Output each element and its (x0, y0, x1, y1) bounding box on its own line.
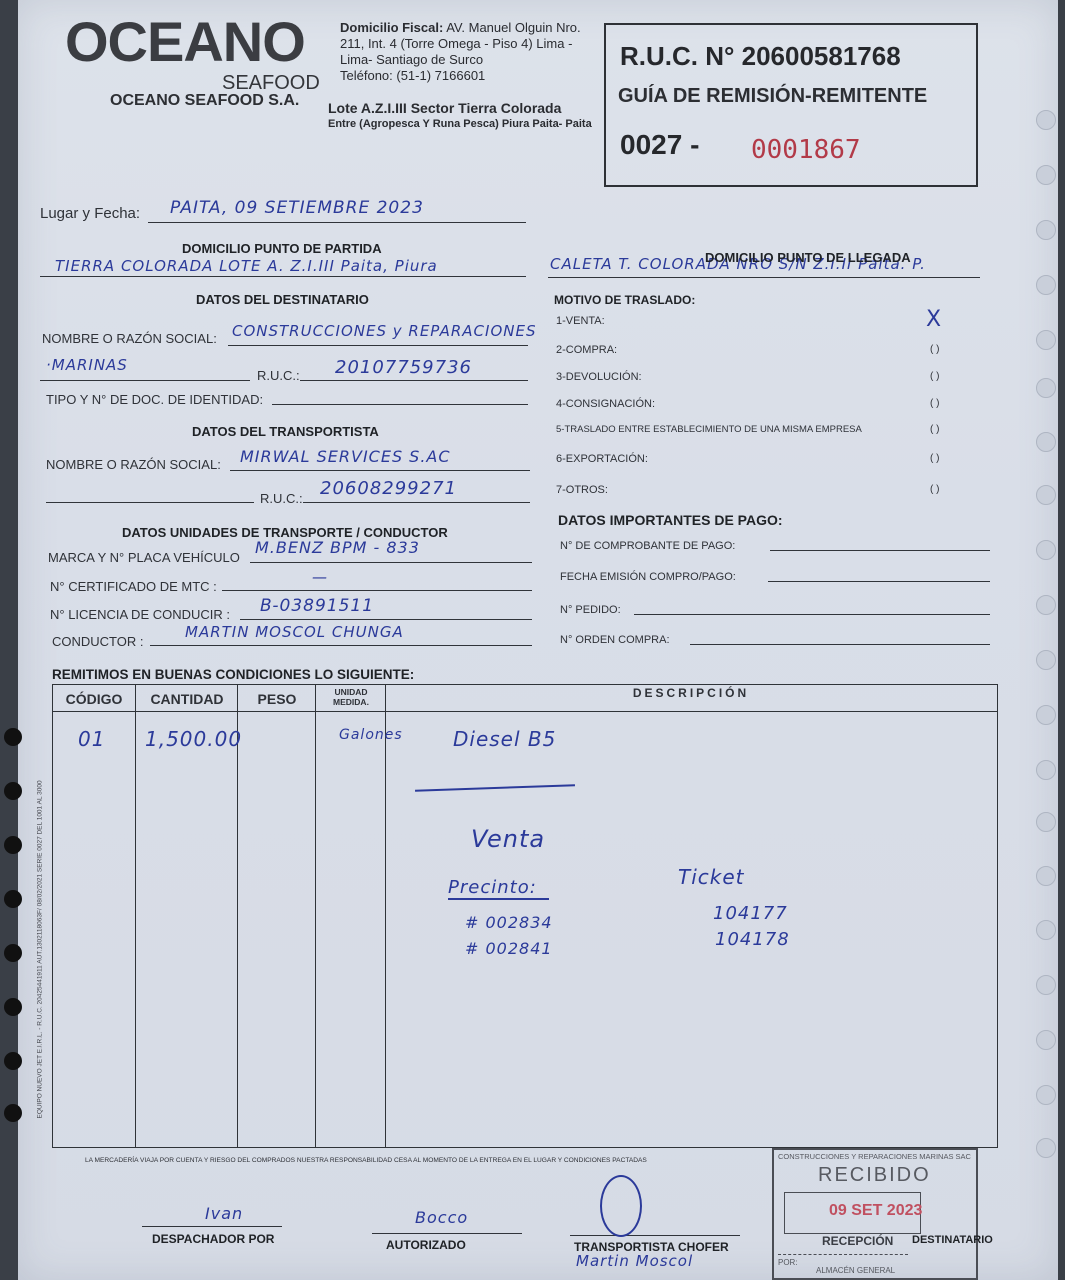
conductor-label: CONDUCTOR : (52, 634, 143, 649)
phone: Teléfono: (51-1) 7166601 (340, 68, 485, 83)
document-id-box: R.U.C. N° 20600581768 GUÍA DE REMISIÓN-R… (604, 23, 978, 187)
sig-autorizado-label: AUTORIZADO (386, 1238, 466, 1252)
items-title: REMITIMOS EN BUENAS CONDICIONES LO SIGUI… (52, 667, 414, 682)
col-peso: PESO (239, 691, 315, 707)
pago-field-input[interactable] (634, 614, 990, 615)
mtc-value[interactable]: — (312, 568, 328, 586)
partida-label: DOMICILIO PUNTO DE PARTIDA (182, 241, 382, 256)
sig-despachador: Ivan (205, 1204, 243, 1223)
motivo-option-checkbox[interactable]: ( ) (930, 398, 939, 409)
document-serie: 0027 - (620, 129, 699, 161)
sig-despachador-label: DESPACHADOR POR (152, 1232, 274, 1246)
stamp-company: CONSTRUCCIONES Y REPARACIONES MARINAS SA… (778, 1152, 971, 1161)
motivo-option-label: 5-TRASLADO ENTRE ESTABLECIMIENTO DE UNA … (556, 424, 862, 435)
stamp-title: RECIBIDO (818, 1164, 931, 1187)
company-logo: OCEANO (65, 14, 305, 70)
partida-value[interactable]: TIERRA COLORADA LOTE A. Z.I.III Paita, P… (55, 257, 438, 275)
pago-field-input[interactable] (768, 581, 990, 582)
note-precinto-2: # 002841 (465, 939, 553, 958)
note-precinto-label: Precinto: (448, 877, 549, 900)
destinatario-name-value[interactable]: CONSTRUCCIONES y REPARACIONES (232, 322, 536, 340)
disclaimer: LA MERCADERÍA VIAJA POR CUENTA Y RIESGO … (85, 1157, 647, 1164)
note-ticket-2: 104178 (715, 929, 790, 950)
document-type: GUÍA DE REMISIÓN-REMITENTE (618, 85, 927, 108)
destinatario-name-label: NOMBRE O RAZÓN SOCIAL: (42, 331, 217, 346)
note-venta: Venta (471, 825, 545, 853)
transportista-ruc-label: R.U.C.: (260, 491, 303, 506)
motivo-option-checkbox[interactable]: ( ) (930, 371, 939, 382)
pago-field-input[interactable] (690, 644, 990, 645)
printer-side-text: EQUIPO NUEVO JET E.I.R.L. - R.U.C. 20425… (37, 699, 44, 1119)
company-name: OCEANO SEAFOOD S.A. (110, 92, 299, 110)
pago-field-label: FECHA EMISIÓN COMPRO/PAGO: (560, 571, 736, 583)
motivo-option-checkbox[interactable]: ( ) (930, 424, 939, 435)
motivo-option-label: 4-CONSIGNACIÓN: (556, 398, 655, 410)
doc-identidad-label: TIPO Y N° DE DOC. DE IDENTIDAD: (46, 392, 263, 407)
motivo-option-label: 1-VENTA: (556, 315, 605, 327)
lugar-fecha-label: Lugar y Fecha: (40, 205, 140, 222)
cell-cantidad[interactable]: 1,500.00 (145, 727, 242, 751)
pago-field-label: N° ORDEN COMPRA: (560, 634, 670, 646)
signature-scribble (600, 1175, 642, 1237)
motivo-option-label: 2-COMPRA: (556, 344, 617, 356)
motivo-option-label: 7-OTROS: (556, 484, 608, 496)
pago-field-label: N° PEDIDO: (560, 604, 621, 616)
transportista-title: DATOS DEL TRANSPORTISTA (192, 424, 379, 439)
fiscal-address: Domicilio Fiscal: AV. Manuel Olguin Nro.… (340, 20, 585, 84)
pago-title: DATOS IMPORTANTES DE PAGO: (558, 512, 783, 528)
conductor-value[interactable]: MARTIN MOSCOL CHUNGA (185, 623, 404, 641)
destinatario-title: DATOS DEL DESTINATARIO (196, 292, 369, 307)
stamp-date: 09 SET 2023 (829, 1202, 922, 1220)
underline-stroke (415, 784, 575, 792)
sig-autorizado: Bocco (415, 1208, 468, 1227)
col-cantidad: CANTIDAD (137, 691, 237, 707)
motivo-option-checkbox[interactable]: ( ) (930, 484, 939, 495)
motivo-option-checkbox[interactable]: ( ) (930, 453, 939, 464)
col-unidad: UNIDAD MEDIDA. (317, 687, 385, 707)
destinatario-ruc-label: R.U.C.: (257, 368, 300, 383)
placa-value[interactable]: M.BENZ BPM - 833 (255, 538, 420, 557)
sig-transportista: Martin Moscol (576, 1252, 693, 1270)
cell-unidad[interactable]: Galones (339, 727, 403, 743)
motivo-option-label: 3-DEVOLUCIÓN: (556, 371, 642, 383)
note-ticket-label: Ticket (678, 865, 745, 889)
pago-field-input[interactable] (770, 550, 990, 551)
motivo-option-checkbox[interactable]: X (926, 307, 942, 332)
llegada-label: DOMICILIO PUNTO DE LLEGADA (705, 250, 911, 265)
stamp-reception: RECEPCIÓN (822, 1234, 893, 1248)
destinatario-name-value-2[interactable]: ·MARINAS (46, 356, 128, 374)
motivo-option-checkbox[interactable]: ( ) (930, 344, 939, 355)
destinatario-ruc-value[interactable]: 20107759736 (335, 357, 472, 378)
stamp-por: POR: (778, 1258, 798, 1267)
plant-address-detail: Entre (Agropesca Y Runa Pesca) Piura Pai… (328, 118, 592, 130)
document-number: 0001867 (751, 135, 861, 165)
stamp-destinatario: DESTINATARIO (912, 1234, 993, 1246)
items-table: CÓDIGO CANTIDAD PESO UNIDAD MEDIDA. DESC… (52, 684, 998, 1148)
stamp-almacen: ALMACÉN GENERAL (816, 1266, 895, 1275)
cell-descripcion[interactable]: Diesel B5 (453, 727, 556, 751)
licencia-label: N° LICENCIA DE CONDUCIR : (50, 607, 230, 622)
col-descripcion: DESCRIPCIÓN (387, 686, 995, 700)
plant-address: Lote A.Z.I.III Sector Tierra Colorada (328, 100, 561, 116)
lugar-fecha-value[interactable]: PAITA, 09 SETIEMBRE 2023 (170, 198, 424, 218)
motivo-option-label: 6-EXPORTACIÓN: (556, 453, 648, 465)
note-ticket-1: 104177 (713, 903, 788, 924)
transportista-name-label: NOMBRE O RAZÓN SOCIAL: (46, 457, 221, 472)
note-precinto-1: # 002834 (465, 913, 553, 932)
ruc-number: R.U.C. N° 20600581768 (620, 41, 901, 72)
cell-codigo[interactable]: 01 (78, 727, 105, 751)
received-stamp: CONSTRUCCIONES Y REPARACIONES MARINAS SA… (772, 1148, 978, 1280)
fiscal-label: Domicilio Fiscal: (340, 20, 443, 35)
motivo-title: MOTIVO DE TRASLADO: (554, 293, 695, 307)
transportista-ruc-value[interactable]: 20608299271 (320, 478, 457, 499)
pago-field-label: N° DE COMPROBANTE DE PAGO: (560, 540, 735, 552)
placa-label: MARCA Y N° PLACA VEHÍCULO (48, 550, 240, 565)
transportista-name-value[interactable]: MIRWAL SERVICES S.AC (240, 447, 451, 466)
mtc-label: N° CERTIFICADO DE MTC : (50, 579, 217, 594)
col-codigo: CÓDIGO (53, 691, 135, 707)
licencia-value[interactable]: B-03891511 (260, 596, 374, 616)
